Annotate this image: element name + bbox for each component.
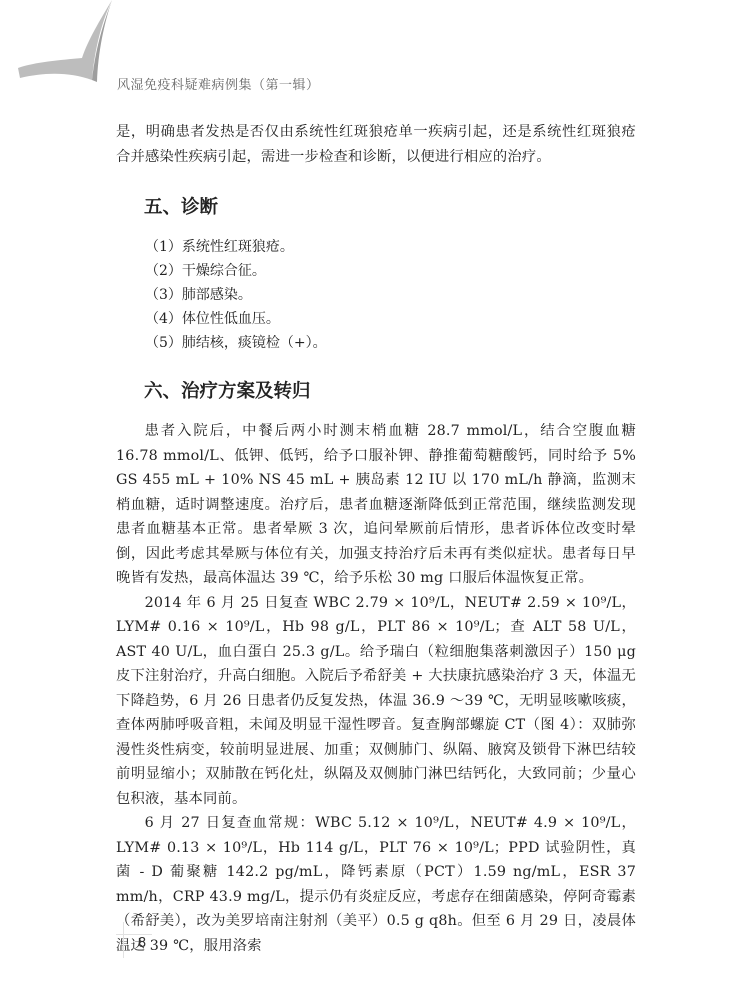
section-heading-treatment: 六、治疗方案及转归 xyxy=(116,377,636,403)
treatment-paragraph: 2014 年 6 月 25 日复查 WBC 2.79 × 10⁹/L，NEUT#… xyxy=(116,591,636,812)
section-heading-diagnosis: 五、诊断 xyxy=(116,193,636,219)
diagnosis-item: （1）系统性红斑狼疮。 xyxy=(145,235,636,259)
intro-paragraph: 是，明确患者发热是否仅由系统性红斑狼疮单一疾病引起，还是系统性红斑狼疮合并感染性… xyxy=(116,120,636,169)
diagnosis-item: （4）体位性低血压。 xyxy=(145,307,636,331)
page-number-area: 8 xyxy=(116,922,156,962)
crop-mark-vertical xyxy=(123,922,124,958)
page-content: 是，明确患者发热是否仅由系统性红斑狼疮单一疾病引起，还是系统性红斑狼疮合并感染性… xyxy=(116,120,636,958)
page-number: 8 xyxy=(138,936,146,951)
treatment-paragraph: 6 月 27 日复查血常规：WBC 5.12 × 10⁹/L，NEUT# 4.9… xyxy=(116,811,636,958)
crop-mark-horizontal xyxy=(116,934,152,935)
corner-swoosh-decoration xyxy=(0,0,120,90)
diagnosis-list: （1）系统性红斑狼疮。 （2）干燥综合征。 （3）肺部感染。 （4）体位性低血压… xyxy=(116,235,636,355)
diagnosis-item: （5）肺结核，痰镜检（+）。 xyxy=(145,331,636,355)
diagnosis-item: （2）干燥综合征。 xyxy=(145,259,636,283)
running-header-title: 风湿免疫科疑难病例集（第一辑） xyxy=(117,74,320,93)
treatment-paragraph: 患者入院后，中餐后两小时测末梢血糖 28.7 mmol/L，结合空腹血糖 16.… xyxy=(116,419,636,591)
diagnosis-item: （3）肺部感染。 xyxy=(145,283,636,307)
